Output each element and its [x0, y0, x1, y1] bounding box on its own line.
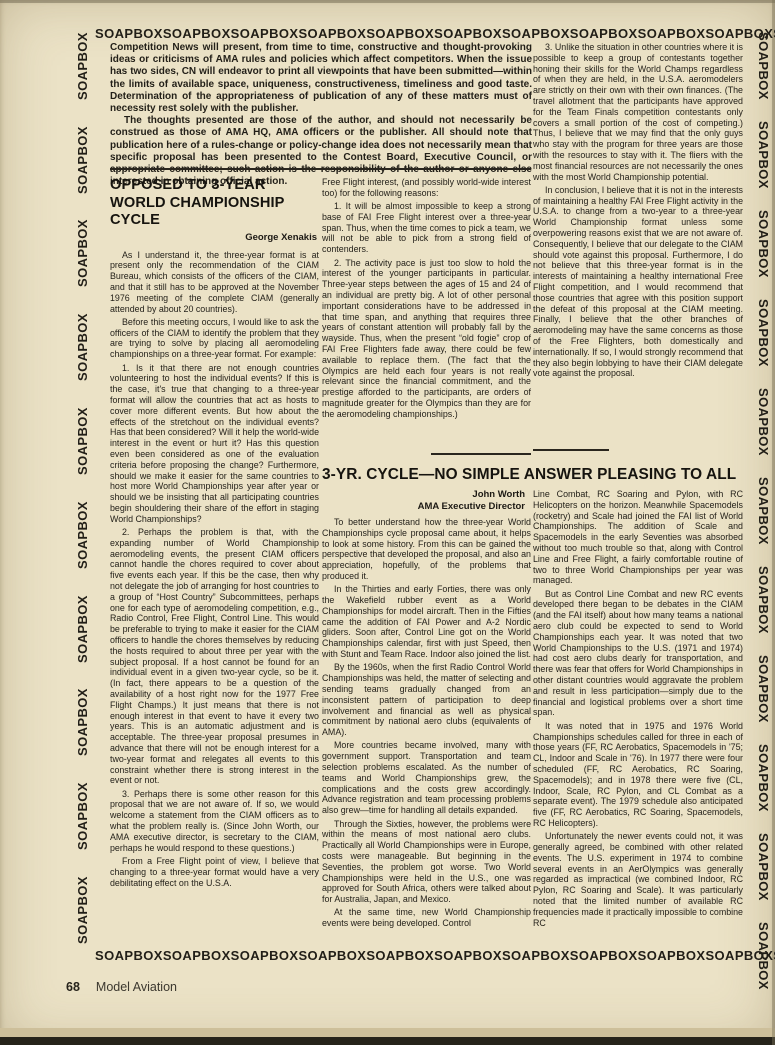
soapbox-word: SOAPBOX: [95, 26, 163, 41]
scan-edge-bottom-tan: [0, 1028, 775, 1037]
soapbox-word: SOAPBOX: [749, 833, 771, 901]
paragraph: By the 1960s, when the first Radio Contr…: [322, 662, 531, 738]
paragraph: At the same time, new World Championship…: [322, 907, 531, 929]
soapbox-word: SOAPBOX: [749, 566, 771, 634]
soapbox-word: SOAPBOX: [75, 32, 97, 100]
soapbox-word: SOAPBOX: [231, 26, 299, 41]
paragraph: Line Combat, RC Soaring and Pylon, with …: [533, 489, 743, 586]
soapbox-word: SOAPBOX: [705, 948, 773, 963]
magazine-name: Model Aviation: [96, 980, 177, 994]
soapbox-word: SOAPBOX: [75, 876, 97, 944]
paragraph: To better understand how the three-year …: [322, 517, 531, 582]
soapbox-word: SOAPBOX: [749, 744, 771, 812]
paragraph: 1. Is it that there are not enough count…: [110, 363, 319, 525]
soapbox-word: SOAPBOX: [502, 26, 570, 41]
paragraph: Competition News will present, from time…: [110, 42, 532, 115]
article1-column3: 3. Unlike the situation in other countri…: [533, 42, 743, 450]
paragraph: As I understand it, the three-year forma…: [110, 250, 319, 315]
soapbox-word: SOAPBOX: [75, 313, 97, 381]
scan-edge-top: [0, 0, 775, 3]
soapbox-word: SOAPBOX: [749, 477, 771, 545]
soapbox-border-right: SOAPBOXSOAPBOXSOAPBOXSOAPBOXSOAPBOXSOAPB…: [749, 32, 771, 990]
article2-column1-text: To better understand how the three-year …: [322, 517, 531, 929]
magazine-page: SOAPBOXSOAPBOXSOAPBOXSOAPBOXSOAPBOXSOAPB…: [0, 0, 775, 1045]
soapbox-word: SOAPBOX: [366, 948, 434, 963]
soapbox-word: SOAPBOX: [749, 299, 771, 367]
soapbox-word: SOAPBOX: [749, 32, 771, 100]
article1-title: OPPOSED TO 3-YEAR WORLD CHAMPIONSHIP CYC…: [110, 177, 319, 230]
soapbox-word: SOAPBOX: [75, 782, 97, 850]
article1-end-rule-middle: [431, 453, 531, 455]
paragraph: From a Free Flight point of view, I beli…: [110, 856, 319, 888]
soapbox-word: SOAPBOX: [75, 689, 97, 757]
soapbox-word: SOAPBOX: [298, 948, 366, 963]
paragraph: In conclusion, I believe that it is not …: [533, 185, 743, 379]
paragraph: But as Control Line Combat and new RC ev…: [533, 589, 743, 719]
soapbox-word: SOAPBOX: [434, 948, 502, 963]
scan-edge-bottom-dark: [0, 1037, 775, 1045]
soapbox-word: SOAPBOX: [570, 26, 638, 41]
soapbox-word: SOAPBOX: [638, 26, 706, 41]
paragraph: 2. The activity pace is just too slow to…: [322, 258, 531, 420]
soapbox-word: SOAPBOX: [75, 595, 97, 663]
soapbox-word: SOAPBOX: [75, 220, 97, 288]
article2-column2: Line Combat, RC Soaring and Pylon, with …: [533, 489, 743, 950]
paragraph: More countries became involved, many wit…: [322, 740, 531, 816]
editorial-policy-note: Competition News will present, from time…: [110, 42, 532, 188]
soapbox-word: SOAPBOX: [570, 948, 638, 963]
soapbox-word: SOAPBOX: [95, 948, 163, 963]
soapbox-word: SOAPBOX: [298, 26, 366, 41]
article2-byline-name: John Worth: [322, 489, 525, 501]
paragraph: Free Flight interest, (and possibly worl…: [322, 177, 531, 199]
soapbox-word: SOAPBOX: [434, 26, 502, 41]
soapbox-word: SOAPBOX: [231, 948, 299, 963]
intro-divider-rule: [110, 168, 531, 170]
paragraph: Through the Sixties, however, the proble…: [322, 819, 531, 905]
paragraph: 1. It will be almost impossible to keep …: [322, 201, 531, 255]
soapbox-word: SOAPBOX: [163, 948, 231, 963]
article1-byline: George Xenakis: [110, 233, 317, 244]
paragraph: 2. Perhaps the problem is that, with the…: [110, 527, 319, 786]
page-number: 68: [66, 980, 80, 994]
article1-column2: Free Flight interest, (and possibly worl…: [322, 177, 531, 458]
article2-title: 3-YR. CYCLE—NO SIMPLE ANSWER PLEASING TO…: [322, 466, 747, 484]
soapbox-word: SOAPBOX: [749, 210, 771, 278]
article1-column1-text: As I understand it, the three-year forma…: [110, 250, 319, 889]
paragraph: Before this meeting occurs, I would like…: [110, 317, 319, 360]
paragraph: 3. Perhaps there is some other reason fo…: [110, 789, 319, 854]
soapbox-word: SOAPBOX: [163, 26, 231, 41]
article2-byline: John Worth AMA Executive Director: [322, 489, 525, 512]
article1-column1: OPPOSED TO 3-YEAR WORLD CHAMPIONSHIP CYC…: [110, 177, 319, 950]
soapbox-word: SOAPBOX: [749, 121, 771, 189]
article2-byline-role: AMA Executive Director: [322, 501, 525, 513]
soapbox-word: SOAPBOX: [749, 655, 771, 723]
soapbox-word: SOAPBOX: [366, 26, 434, 41]
paragraph: It was noted that in 1975 and 1976 World…: [533, 721, 743, 829]
page-footer: 68Model Aviation: [66, 980, 177, 994]
soapbox-word: SOAPBOX: [502, 948, 570, 963]
paragraph: Unfortunately the newer events could not…: [533, 831, 743, 928]
soapbox-border-bottom: SOAPBOXSOAPBOXSOAPBOXSOAPBOXSOAPBOXSOAPB…: [95, 948, 755, 963]
paragraph: 3. Unlike the situation in other countri…: [533, 42, 743, 182]
soapbox-word: SOAPBOX: [75, 501, 97, 569]
soapbox-word: SOAPBOX: [638, 948, 706, 963]
soapbox-word: SOAPBOX: [75, 407, 97, 475]
article1-end-rule-right: [533, 449, 609, 451]
article2-column1: John Worth AMA Executive Director To bet…: [322, 489, 531, 950]
paragraph: In the Thirties and early Forties, there…: [322, 584, 531, 660]
soapbox-word: SOAPBOX: [749, 388, 771, 456]
soapbox-border-left: SOAPBOXSOAPBOXSOAPBOXSOAPBOXSOAPBOXSOAPB…: [75, 32, 97, 944]
soapbox-word: SOAPBOX: [75, 126, 97, 194]
soapbox-border-top: SOAPBOXSOAPBOXSOAPBOXSOAPBOXSOAPBOXSOAPB…: [95, 26, 755, 41]
